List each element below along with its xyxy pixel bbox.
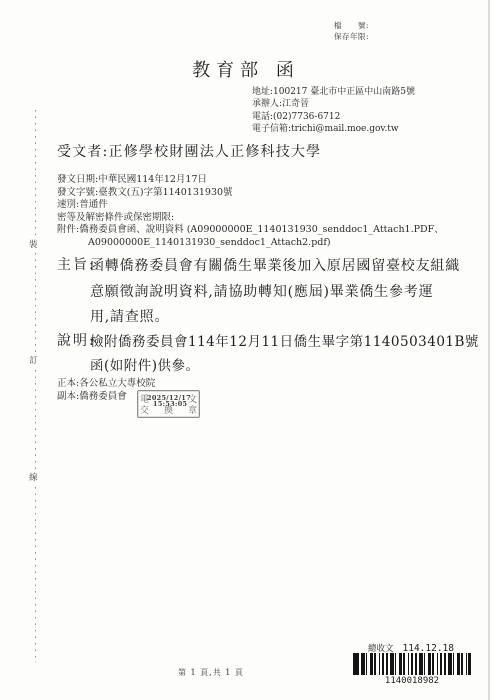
- binding-mark-ding: 訂: [29, 353, 38, 367]
- address-line: 地址:100217 臺北市中正區中山南路5號: [252, 86, 415, 98]
- retention-period-label: 保存年限:: [334, 32, 369, 43]
- contact-person-line: 承辦人:江奇晉: [252, 98, 415, 110]
- barcode-icon: [353, 653, 471, 675]
- binding-mark-xian: 線: [29, 470, 38, 484]
- original-copy-line: 正本:各公私立大專校院: [57, 378, 155, 391]
- barcode-number: 1140018982: [353, 676, 471, 686]
- subject-line: 用,請查照。: [90, 305, 460, 331]
- scanned-official-letter: 檔 號: 保存年限: 教育部 函 地址:100217 臺北市中正區中山南路5號 …: [0, 0, 492, 700]
- document-meta-block: 發文日期:中華民國114年12月17日 發文字號:臺教文(五)字第1140131…: [57, 174, 444, 250]
- subject-body: 函轉僑務委員會有關僑生畢業後加入原居國留臺校友組織 意願徵詢說明資料,請協助轉知…: [90, 254, 460, 331]
- attachment-line-2: A09000000E_1140131930_senddoc1_Attach2.p…: [57, 237, 444, 250]
- description-line: 函(如附件)供參。: [90, 354, 479, 378]
- file-number-label: 檔 號:: [334, 21, 369, 32]
- reference-number-line: 發文字號:臺教文(五)字第1140131930號: [57, 187, 444, 200]
- stamp-time: 15:53:05: [153, 400, 187, 408]
- recipient-line: 受文者:正修學校財團法人正修科技大學: [57, 141, 321, 161]
- phone-line: 電話:(02)7736-6712: [252, 111, 415, 123]
- stamp-char: 章: [188, 403, 197, 416]
- subject-line: 函轉僑務委員會有關僑生畢業後加入原居國留臺校友組織: [90, 254, 460, 280]
- binding-mark-zhuang: 裝: [29, 237, 38, 251]
- binding-dotted-line: [35, 110, 36, 663]
- issue-date-line: 發文日期:中華民國114年12月17日: [57, 174, 444, 187]
- subject-line: 意願徵詢說明資料,請協助轉知(應屆)畢業僑生參考運: [90, 280, 460, 306]
- letterhead-info: 地址:100217 臺北市中正區中山南路5號 承辦人:江奇晉 電話:(02)77…: [252, 86, 415, 135]
- security-class-line: 密等及解密條件或保密期限:: [57, 212, 444, 225]
- classification-labels: 檔 號: 保存年限:: [334, 21, 369, 42]
- electronic-exchange-stamp: 電 文 交 換 章 2025/12/17 15:53:05: [137, 390, 200, 418]
- stamp-char: 交: [140, 403, 149, 416]
- description-line: 檢附僑務委員會114年12月11日僑生畢字第1140503401B號: [90, 330, 479, 354]
- scan-edge-artifact: [488, 0, 490, 700]
- attachment-line-1: 附件:僑務委員會函、說明資料 (A09000000E_1140131930_se…: [57, 224, 444, 237]
- document-title: 教育部 函: [0, 56, 492, 82]
- email-line: 電子信箱:trichi@mail.moe.gov.tw: [252, 123, 415, 135]
- priority-line: 速別:普通件: [57, 199, 444, 212]
- page-footer: 第 1 頁,共 1 頁: [178, 667, 244, 678]
- description-body: 檢附僑務委員會114年12月11日僑生畢字第1140503401B號 函(如附件…: [90, 330, 479, 378]
